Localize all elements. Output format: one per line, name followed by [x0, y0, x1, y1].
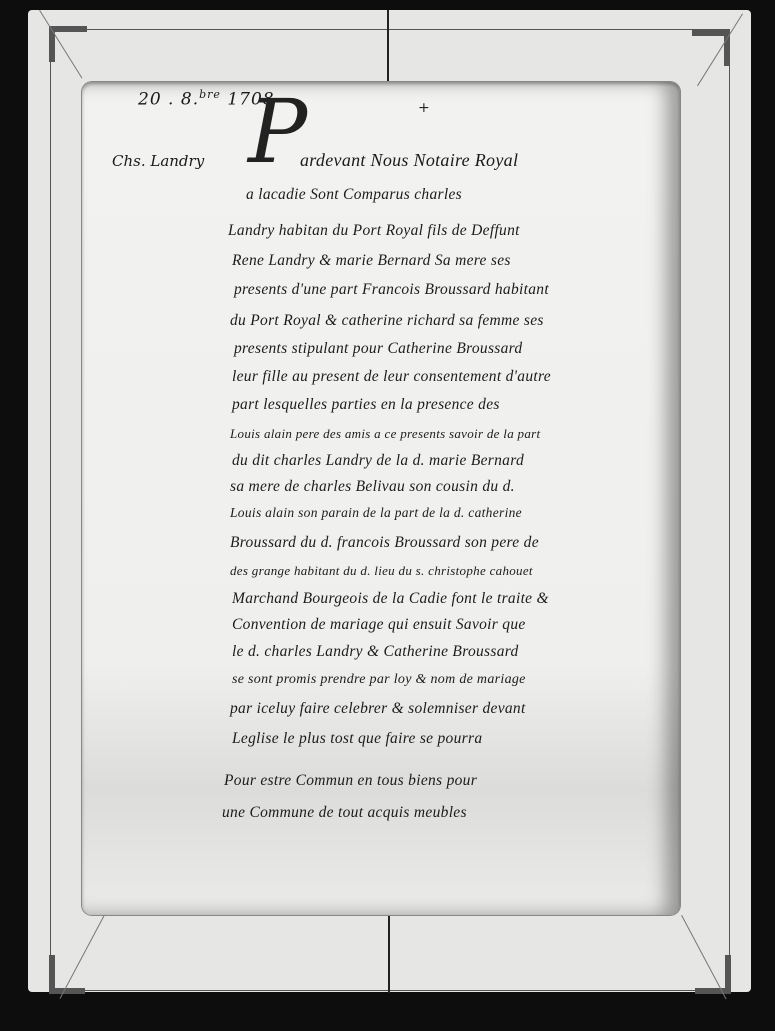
cross-mark: +	[418, 100, 430, 116]
frame-rule-top	[50, 29, 730, 30]
initial-letter: P	[248, 88, 307, 176]
frame-rule-bottom	[50, 990, 730, 991]
text-line: Convention de mariage qui ensuit Savoir …	[232, 616, 526, 634]
split-line-top	[387, 10, 389, 85]
text-line: se sont promis prendre par loy & nom de …	[232, 672, 526, 688]
text-line: Marchand Bourgeois de la Cadie font le t…	[232, 590, 549, 608]
frame-rule-left	[50, 29, 51, 991]
text-line: Pour estre Commun en tous biens pour	[224, 772, 477, 790]
date-month-suffix: bre	[199, 88, 221, 101]
text-line: du dit charles Landry de la d. marie Ber…	[232, 452, 524, 470]
text-line: Louis alain son parain de la part de la …	[230, 505, 522, 521]
text-line: du Port Royal & catherine richard sa fem…	[230, 312, 544, 330]
text-line: une Commune de tout acquis meubles	[222, 804, 467, 822]
text-line: presents d'une part Francois Broussard h…	[234, 281, 549, 299]
text-line: a lacadie Sont Comparus charles	[246, 186, 462, 204]
frame-rule-right	[729, 29, 730, 991]
text-line: le d. charles Landry & Catherine Broussa…	[232, 643, 519, 661]
text-line: des grange habitant du d. lieu du s. chr…	[230, 563, 533, 579]
text-line: sa mere de charles Belivau son cousin du…	[230, 478, 515, 496]
text-line: Leglise le plus tost que faire se pourra	[232, 730, 482, 748]
corner-mark-bl-v	[49, 955, 55, 993]
text-line: Landry habitan du Port Royal fils de Def…	[228, 222, 520, 240]
manuscript-page	[82, 82, 680, 915]
margin-note: Chs. Landry	[112, 152, 204, 170]
text-line: part lesquelles parties en la presence d…	[232, 396, 500, 414]
text-line: Louis alain pere des amis a ce presents …	[230, 426, 540, 442]
date-month: 8	[181, 90, 193, 110]
corner-mark-br-v	[725, 955, 731, 993]
split-line-bottom	[388, 915, 390, 993]
text-line: Rene Landry & marie Bernard Sa mere ses	[232, 252, 511, 270]
text-line: presents stipulant pour Catherine Brouss…	[234, 340, 522, 358]
date-day: 20	[138, 90, 162, 110]
text-line: ardevant Nous Notaire Royal	[300, 150, 518, 171]
text-line: par iceluy faire celebrer & solemniser d…	[230, 700, 526, 718]
text-line: Broussard du d. francois Broussard son p…	[230, 534, 539, 552]
text-line: leur fille au present de leur consenteme…	[232, 368, 551, 386]
